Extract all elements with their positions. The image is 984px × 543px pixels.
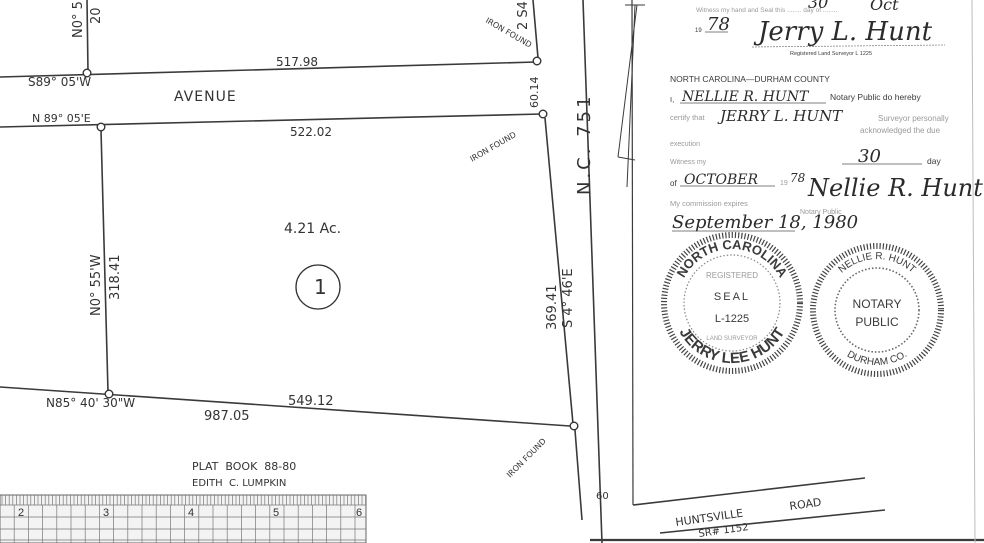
due-text: acknowledged the due [860,126,941,135]
certify-name-handwritten: JERRY L. HUNT [717,107,843,125]
mid-distance: 522.02 [290,125,332,139]
year-prefix: 19 [695,28,702,34]
notary-prefix: I, [670,95,674,104]
year2: 78 [790,171,806,185]
ruler-label: 2 [18,507,24,519]
bottom-bearing: N85° 40' 30"W [46,396,135,410]
ruler-label: 4 [188,507,194,519]
surveyor-seal-lower: LAND SURVEYOR [706,336,758,342]
road-width: 60 [596,491,609,502]
surveyor-seal-inner: REGISTERED [706,271,758,280]
commission-date: September 18, 1980 [672,212,858,233]
lot-area: 4.21 Ac. [284,221,341,237]
surveyor-seal-center: SEAL [714,291,750,303]
top-right-vertical: 2 S4° [516,0,531,30]
street-name: AVENUE [174,89,237,105]
surveyor-seal-number: L-1225 [715,313,749,325]
mid-bearing: N 89° 05'E [32,112,91,125]
top-distance: 517.98 [276,55,318,69]
survey-plat: 1 N0° 5 20 2 S4° 517.98 S89° 05'W AVENUE… [0,0,984,543]
lot-number: 1 [314,275,327,299]
notary-signature: Nellie R. Hunt [807,174,983,202]
certify-suffix: Surveyor personally [878,114,949,123]
scale-ruler: 23456 [0,495,366,543]
plat-book-reference: PLAT BOOK 88-80 [192,460,296,473]
top-left-vertical-bearing: N0° 5 [71,1,86,38]
witness2-prefix: Witness my [670,159,707,166]
ruler-label: 6 [356,507,362,519]
road-name-nc751: N.C. 751 [574,93,595,195]
notary-seal-line2: PUBLIC [855,315,899,329]
state-county-heading: NORTH CAROLINA—DURHAM COUNTY [670,74,830,84]
left-distance: 318.41 [108,255,123,301]
notary-seal-line1: NOTARY [853,297,902,311]
of-label: of [670,179,677,188]
top-left-vertical-distance: 20 [89,7,104,24]
ruler-label: 3 [103,507,109,519]
right-distance: 369.41 [545,285,560,331]
ruler-label: 5 [273,507,279,519]
commission-label: My commission expires [670,199,748,208]
day-label: day [927,156,941,166]
bottom-distance: 549.12 [288,394,334,409]
right-bearing: S 4° 46'E [561,268,576,328]
owner-name: EDITH C. LUMPKIN [192,478,286,489]
notary-text: Notary Public do hereby [830,92,921,102]
witness-day: 30 [808,0,828,12]
bottom-total-distance: 987.05 [204,409,250,424]
top-bearing: S89° 05'W [28,75,91,89]
street-width: 60.14 [528,77,541,109]
year2-prefix: 19 [780,180,788,187]
left-bearing: N0° 55'W [89,254,104,316]
witness-month: Oct [870,0,899,14]
surveyor-caption: Registered Land Surveyor L 1225 [790,51,872,57]
execution-text: execution [670,141,700,148]
surveyor-signature: Jerry L. Hunt [753,17,933,47]
certify-prefix: certify that [670,113,706,122]
